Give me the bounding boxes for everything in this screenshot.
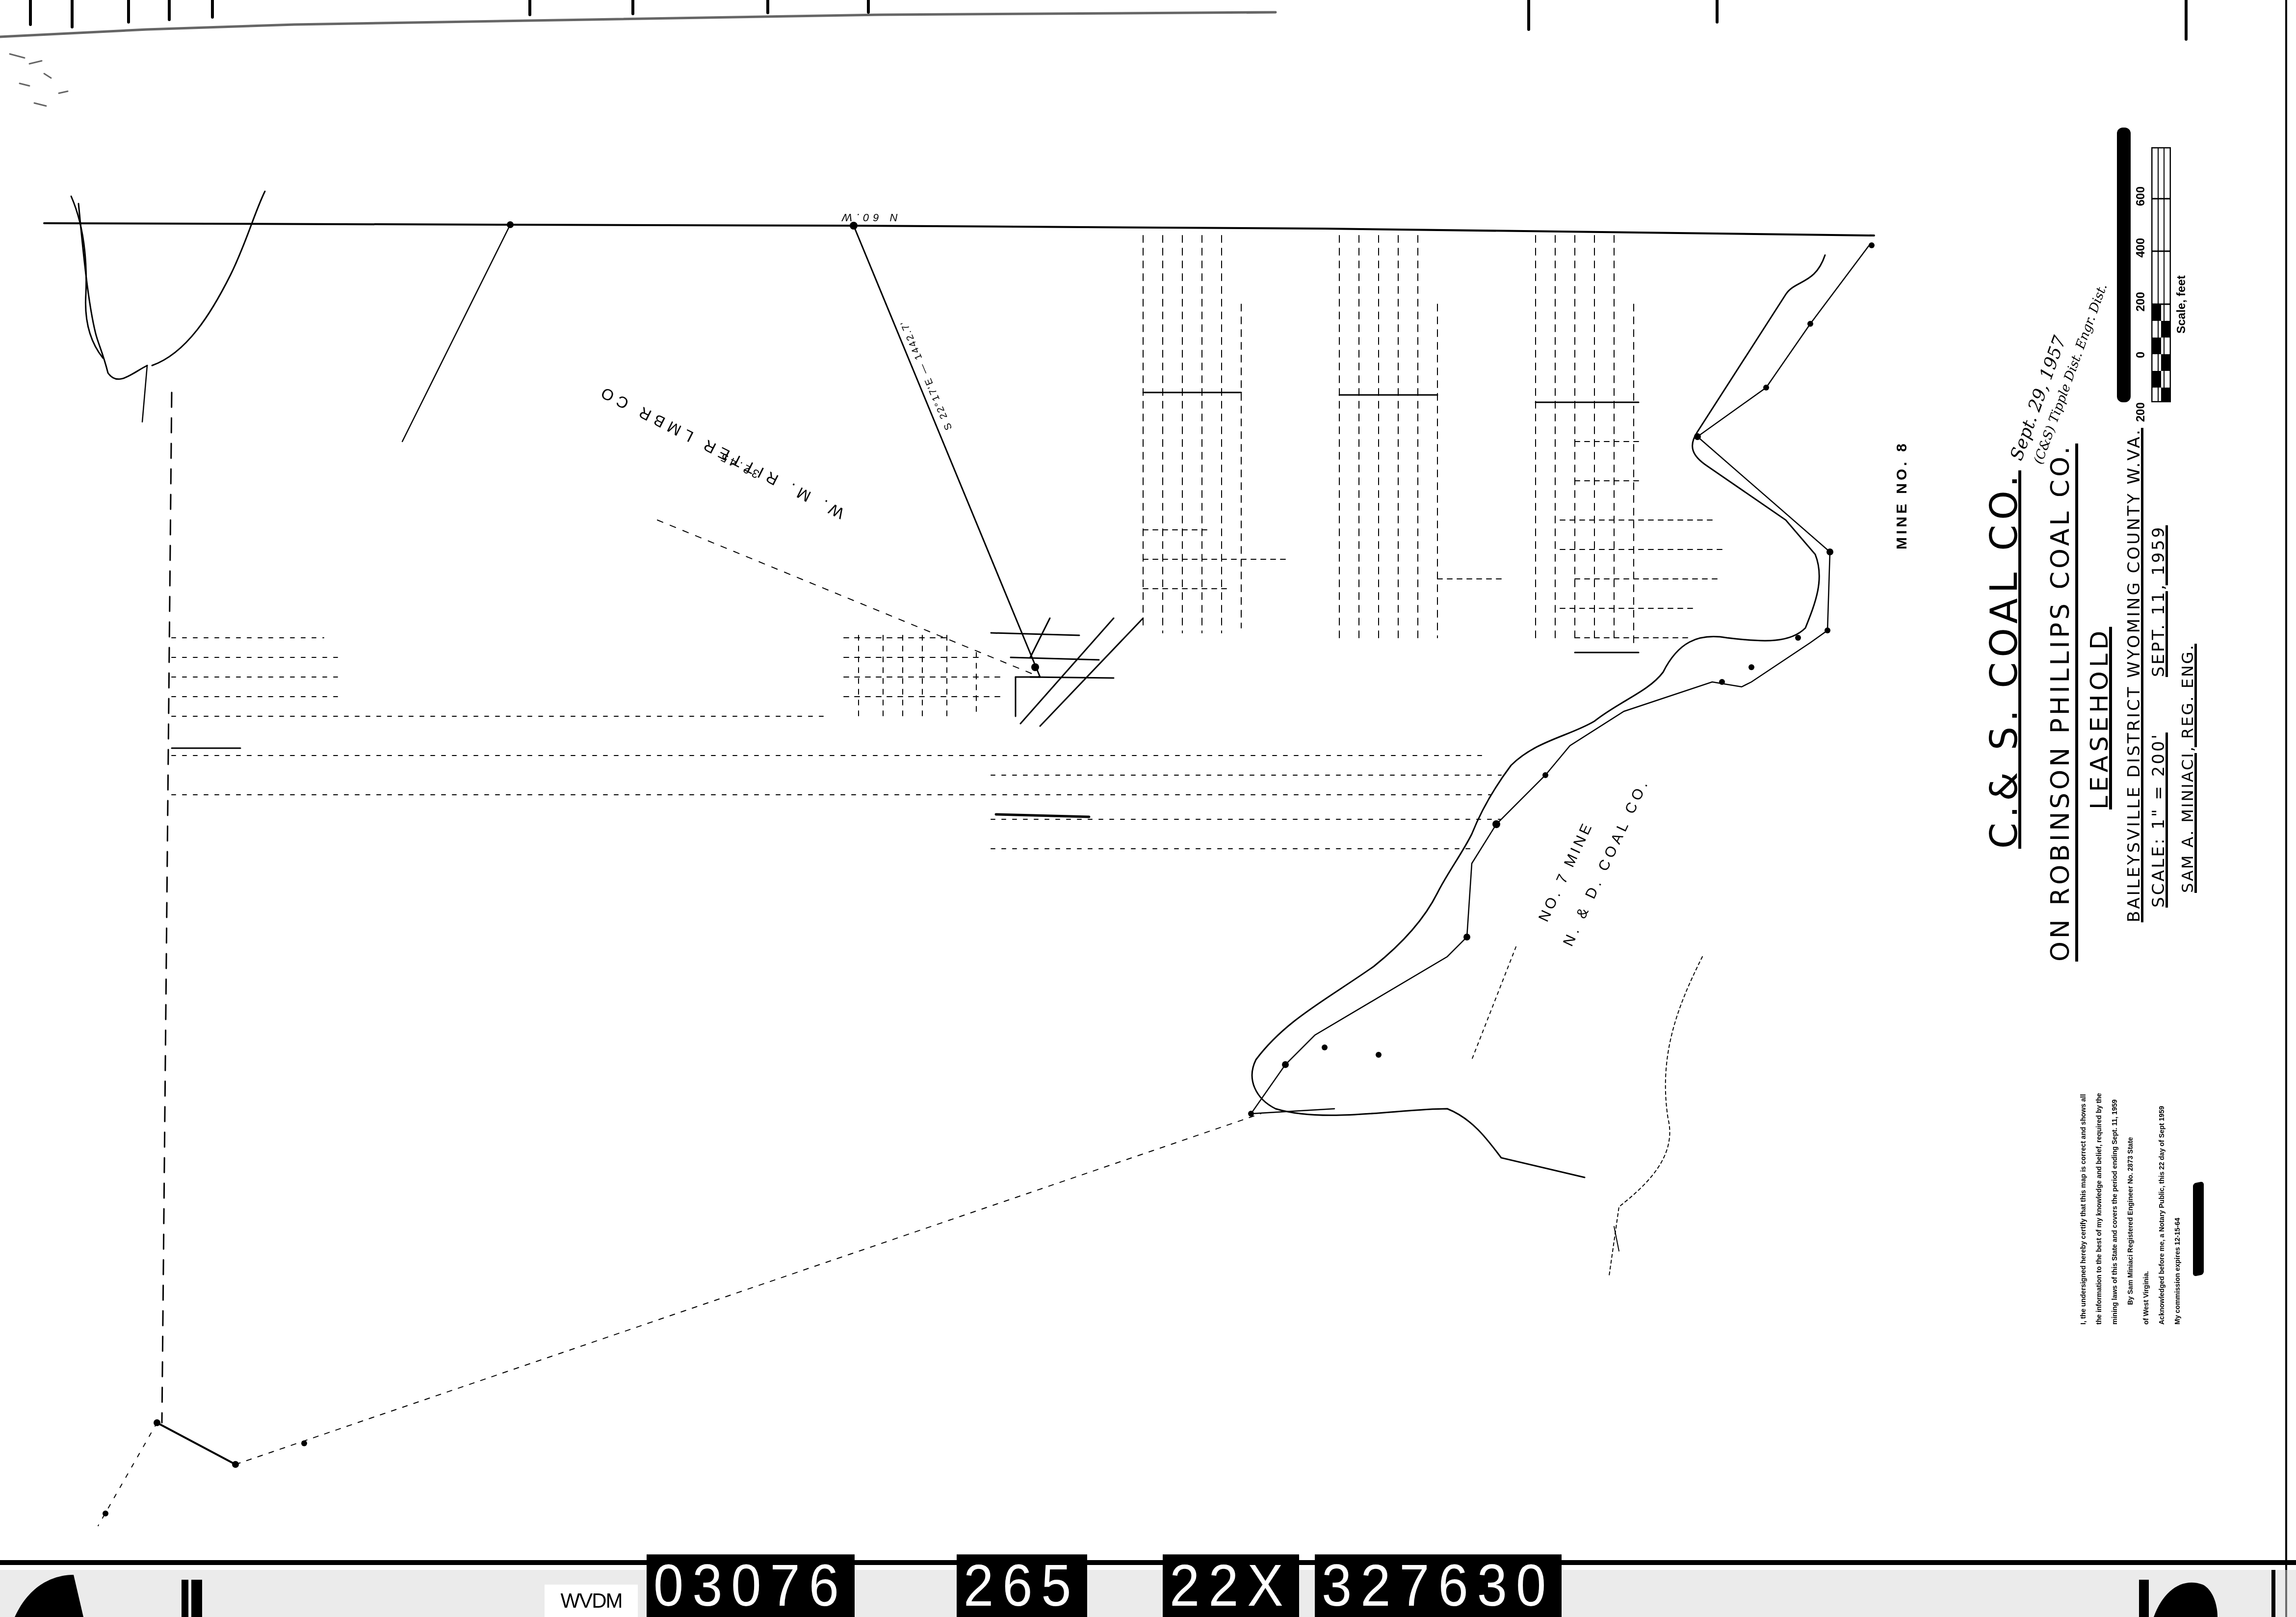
- engineer-certificate: I, the undersigned hereby certify that t…: [2075, 991, 2185, 1325]
- property-line-top: [44, 223, 1874, 235]
- lessor-line: ON ROBINSON PHILLIPS COAL CO.: [2046, 443, 2078, 962]
- company-title: C.& S. COAL CO.: [1982, 470, 2026, 849]
- engineer-name: SAM A. MINIACI, REG. ENG.: [2178, 644, 2197, 893]
- scale-tick-label: 200: [2134, 292, 2148, 312]
- traverse-line: [1251, 245, 1869, 1114]
- mine-number-label: MINE NO. 8: [1894, 441, 1910, 549]
- diagonal-entries: [991, 618, 1143, 726]
- certificate-line: Acknowledged before me, a Notary Public,…: [2154, 991, 2169, 1325]
- mine-map-drawing: [0, 0, 2296, 1617]
- film-field-frame: 265: [957, 1554, 1087, 1617]
- scan-noise: [0, 12, 1276, 106]
- certificate-line: the information to the best of my knowle…: [2091, 991, 2107, 1325]
- notary-signature: [2193, 1181, 2204, 1277]
- film-archive-tag: WVDM: [545, 1585, 638, 1617]
- scale-tick-label: 400: [2134, 238, 2148, 258]
- film-field-reel: 03076: [647, 1554, 855, 1617]
- certificate-line: I, the undersigned hereby certify that t…: [2075, 991, 2091, 1325]
- scale-tick-label: 0: [2134, 352, 2148, 358]
- left-boundary: [162, 392, 172, 1423]
- film-field-size: 22X: [1163, 1554, 1299, 1617]
- certificate-line: mining laws of this State and covers the…: [2107, 991, 2122, 1325]
- bearing-top-label: N 60.W: [838, 211, 898, 224]
- scale-bar-edge: [2117, 128, 2131, 402]
- certificate-line: of West Virginia.: [2138, 991, 2154, 1325]
- scale-tick-label: 600: [2134, 186, 2148, 206]
- film-strip-border: [0, 1550, 2296, 1617]
- mine-workings: [1143, 235, 1634, 643]
- scale-bar-title: Scale, feet: [2175, 275, 2189, 334]
- top-edge-ticks: [30, 0, 2186, 39]
- tract-title: LEASEHOLD: [2085, 627, 2113, 809]
- scale-text: SCALE: 1" = 200': [2149, 732, 2168, 908]
- stream: [78, 204, 147, 379]
- outcrop-line: [1252, 255, 1825, 1177]
- film-field-id: 327630: [1315, 1554, 1562, 1617]
- location-line: BAILEYSVILLE DISTRICT WYOMING COUNTY W.V…: [2124, 428, 2144, 922]
- scale-tick-label: 200: [2134, 402, 2148, 422]
- certificate-line: My commission expires 12-15-64: [2169, 991, 2185, 1325]
- map-date: SEPT. 11, 1959: [2149, 525, 2168, 677]
- certificate-line: By Sam Miniaci Registered Engineer No. 2…: [2122, 991, 2138, 1325]
- scale-bar-graphic: [2151, 147, 2171, 402]
